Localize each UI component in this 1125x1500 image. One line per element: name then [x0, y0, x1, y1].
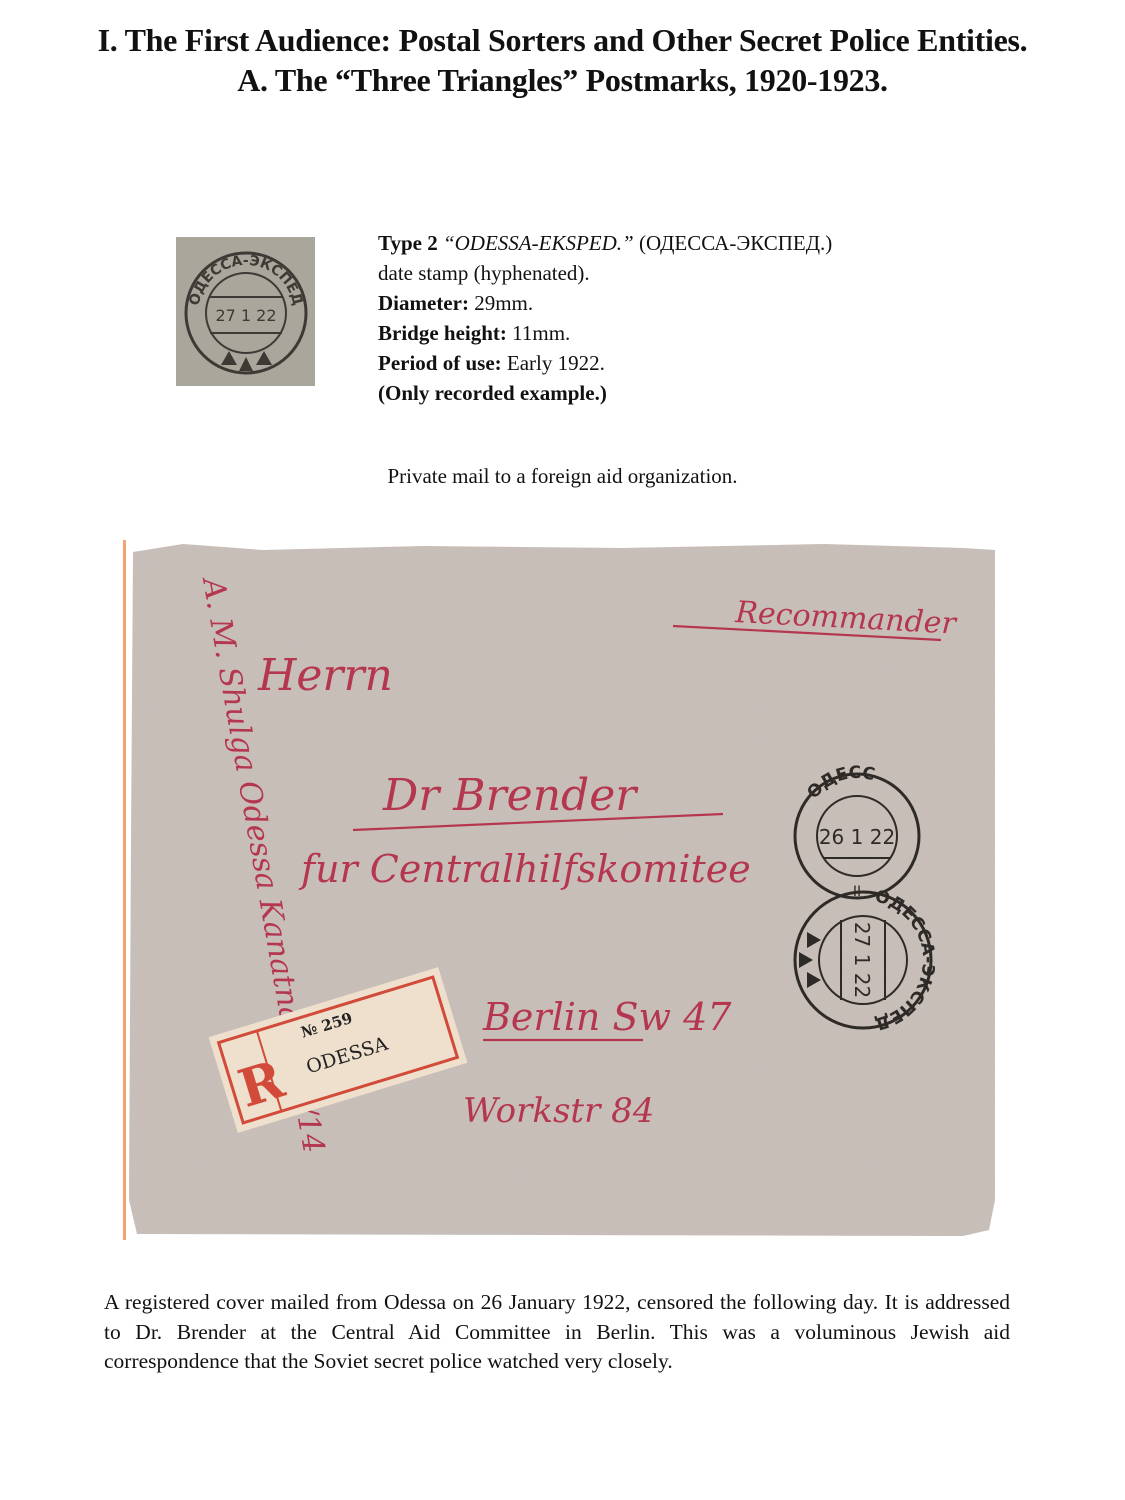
cover-caption: A registered cover mailed from Odessa on…: [104, 1288, 1010, 1377]
bridge-height-value: 11mm.: [512, 321, 570, 345]
type-description: date stamp (hyphenated).: [378, 258, 832, 288]
period-label: Period of use:: [378, 351, 502, 375]
type-name: “ODESSA-EKSPED.”: [443, 231, 634, 255]
thumb-date-text: 27 1 22: [215, 306, 276, 325]
diameter-label: Diameter:: [378, 291, 469, 315]
hand-name: Dr Brender: [382, 770, 639, 821]
cover-image: Recommander Herrn Dr Brender fur Central…: [123, 540, 999, 1240]
section-title: I. The First Audience: Postal Sorters an…: [0, 22, 1125, 58]
postmark-description: Type 2 “ODESSA-EKSPED.” (ОДЕССА-ЭКСПЕД.)…: [378, 228, 832, 408]
origin-date-text: 26 1 22: [819, 825, 895, 849]
censor-date-text: 27 1 22: [850, 922, 874, 998]
hand-organization: fur Centralhilfskomitee: [298, 847, 751, 891]
postmark-thumbnail-image: ОДЕССА-ЭКСПЕД 27 1 22: [176, 237, 315, 386]
period-value: Early 1922.: [507, 351, 605, 375]
type-label: Type 2: [378, 231, 438, 255]
cover-subcaption: Private mail to a foreign aid organizati…: [0, 464, 1125, 489]
hand-street: Workstr 84: [463, 1091, 654, 1131]
subsection-title: A. The “Three Triangles” Postmarks, 1920…: [0, 62, 1125, 98]
type-cyrillic: (ОДЕССА-ЭКСПЕД.): [639, 231, 832, 255]
recorded-note: (Only recorded example.): [378, 381, 607, 405]
hand-city: Berlin Sw 47: [482, 995, 732, 1039]
diameter-value: 29mm.: [474, 291, 533, 315]
hand-herrn: Herrn: [257, 650, 393, 701]
bridge-height-label: Bridge height:: [378, 321, 507, 345]
